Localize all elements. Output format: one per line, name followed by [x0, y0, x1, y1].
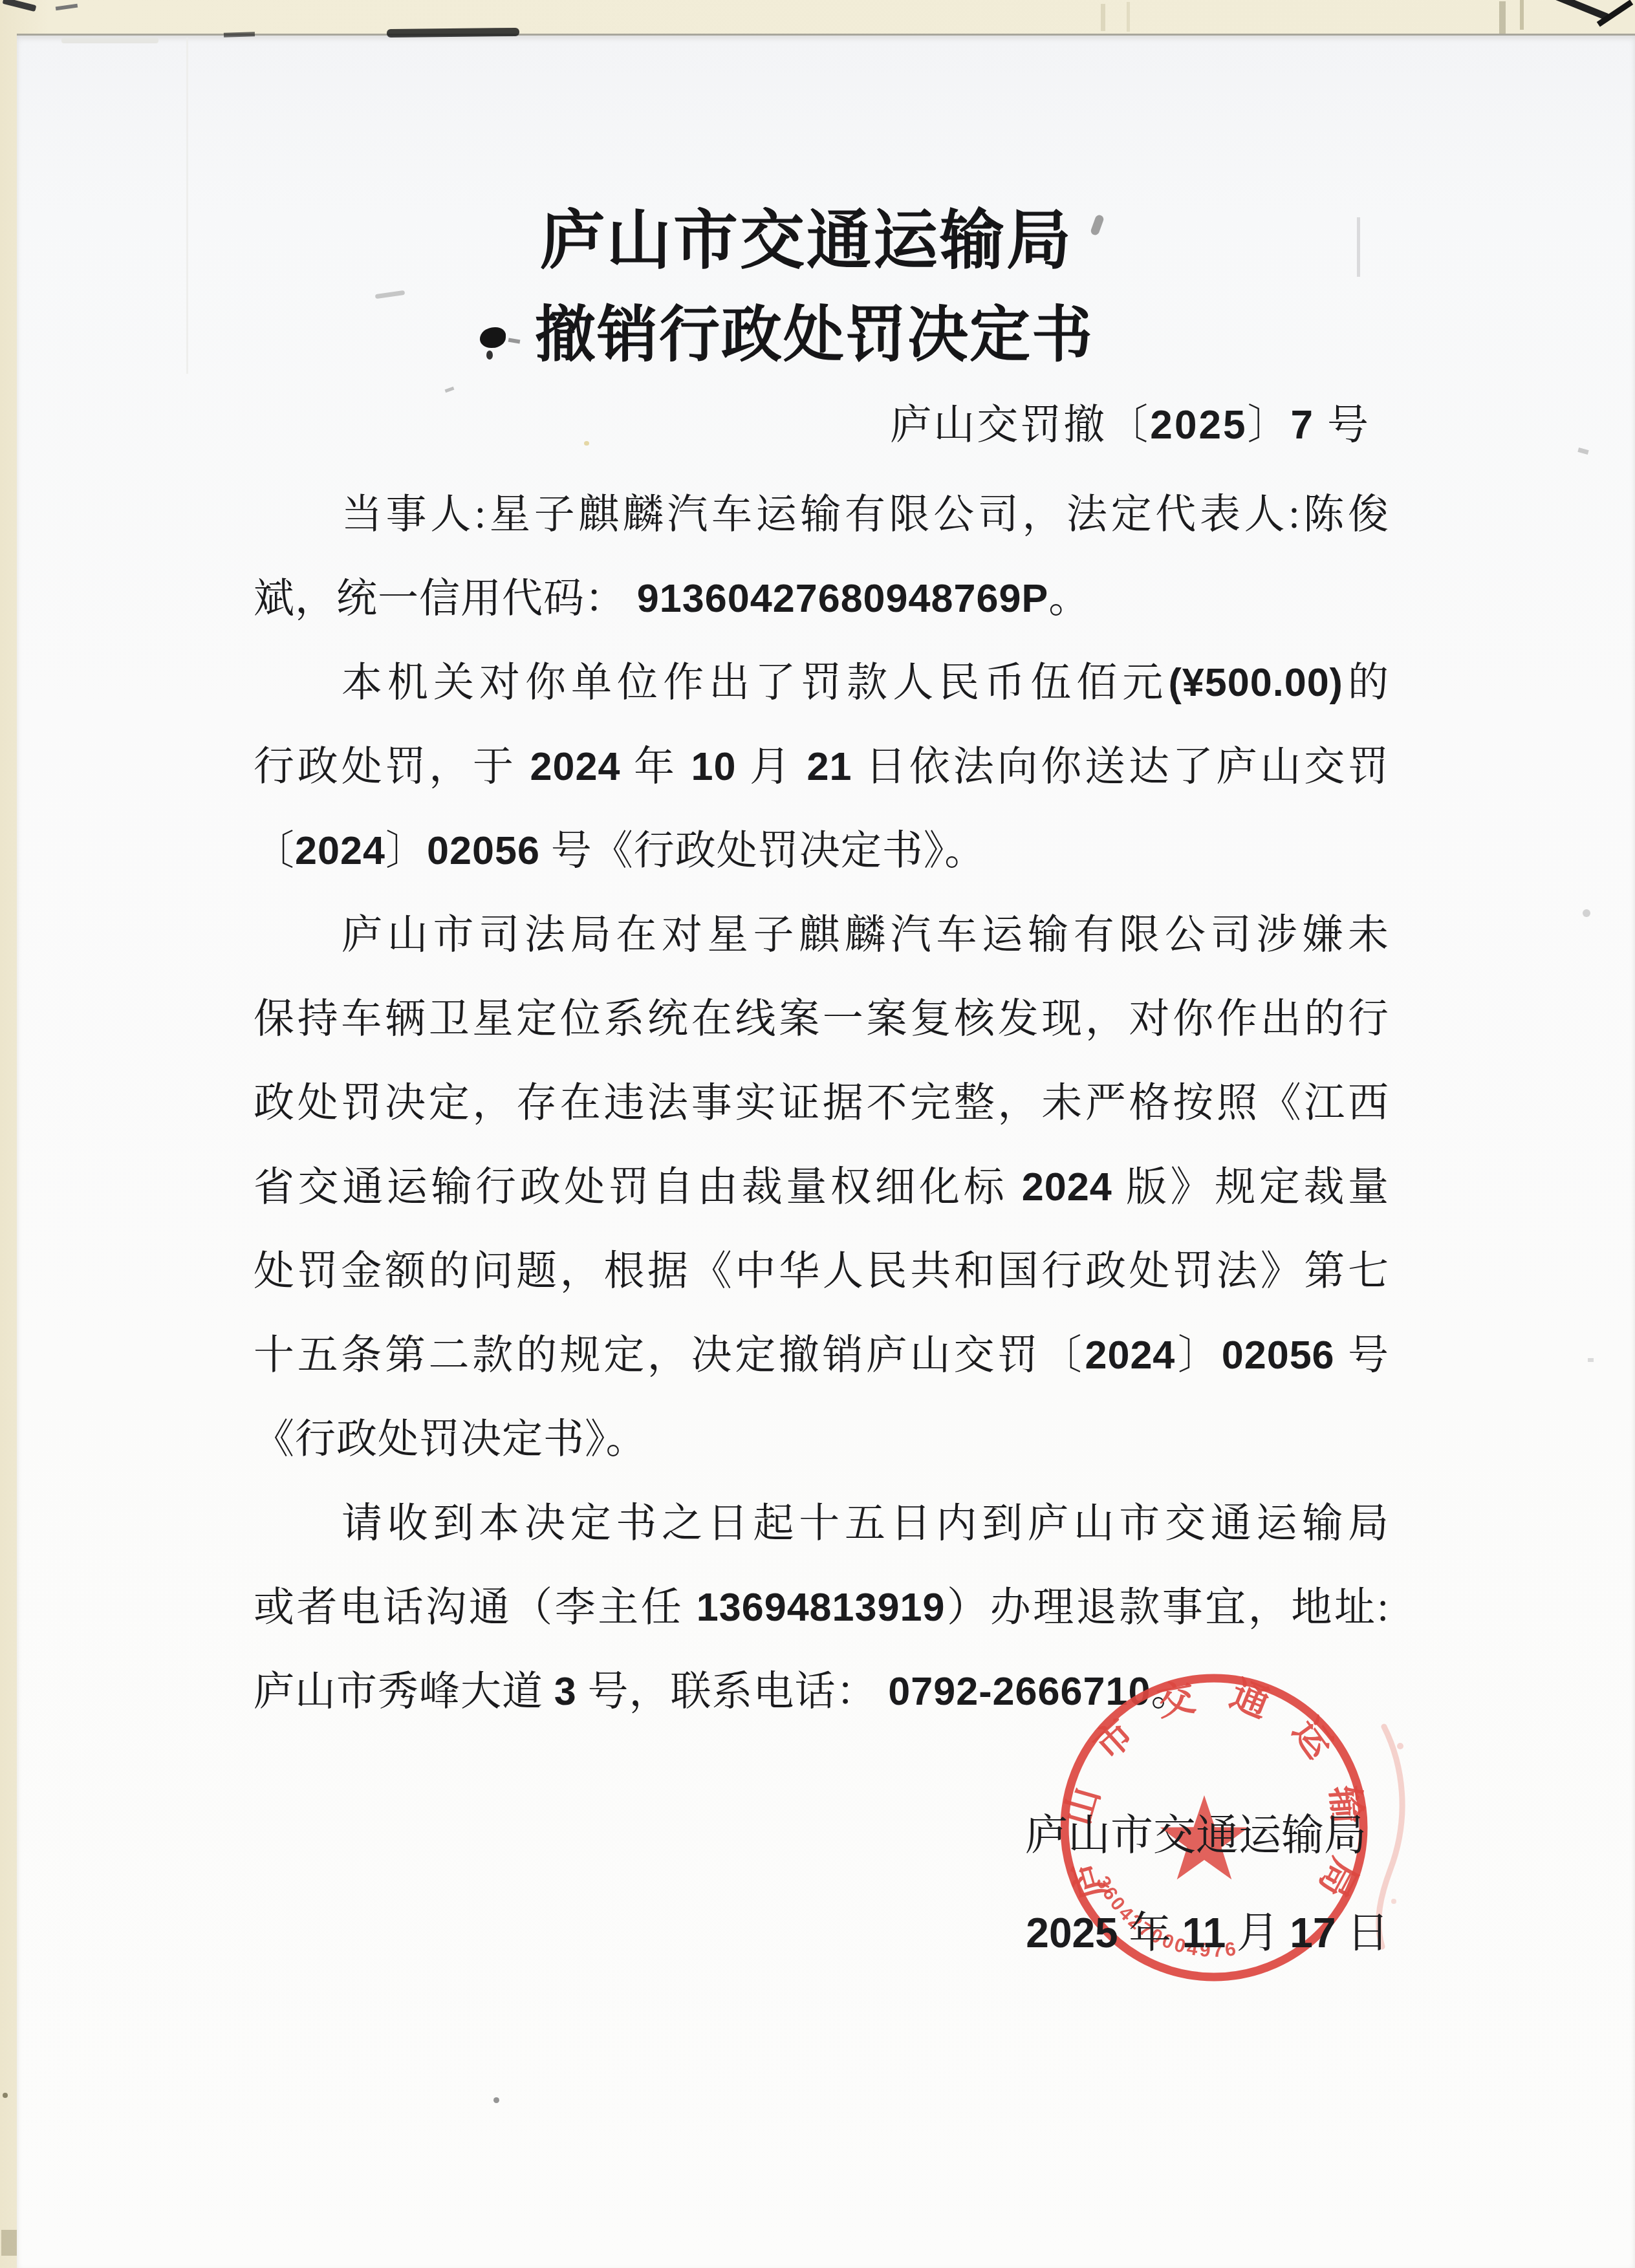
body-line: 庐山市司法局在对星子麒麟汽车运输有限公司涉嫌未: [254, 892, 1389, 977]
scan-artifact-speck-5: [493, 2097, 499, 2103]
body-line: 处罚金额的问题，根据《中华人民共和国行政处罚法》第七: [254, 1229, 1389, 1313]
document-type-title: 撤销行政处罚决定书: [17, 301, 1612, 376]
body-line: 政处罚决定，存在违法事实证据不完整，未严格按照《江西: [254, 1061, 1389, 1145]
document-body: 当事人:星子麒麟汽车运输有限公司，法定代表人:陈俊 斌，统一信用代码： 9136…: [254, 472, 1389, 1733]
scan-artifact-bottom-left-1: [1, 2230, 17, 2256]
body-line: 本机关对你单位作出了罚款人民币伍佰元(¥500.00)的: [254, 640, 1389, 724]
body-line: 〔2024〕02056 号《行政处罚决定书》。: [254, 808, 1389, 892]
scan-artifact-top-edge-blob: [387, 28, 519, 38]
scan-artifact-top-right-3: [1499, 1, 1506, 34]
body-line: 请收到本决定书之日起十五日内到庐山市交通运输局: [254, 1481, 1389, 1565]
body-line: 行政处罚，于 2024 年 10 月 21 日依法向你送达了庐山交罚: [254, 724, 1389, 808]
scan-artifact-top-right-1: [1550, 0, 1610, 21]
signature-issuer: 庐山市交通运输局: [1025, 1808, 1367, 1864]
body-line: 十五条第二款的规定，决定撤销庐山交罚〔2024〕02056 号: [254, 1313, 1389, 1397]
body-line: 当事人:星子麒麟汽车运输有限公司，法定代表人:陈俊: [254, 472, 1389, 556]
document-number: 庐山交罚撤〔2025〕7 号: [890, 396, 1370, 455]
body-line: 《行政处罚决定书》。: [254, 1397, 1389, 1481]
scan-artifact-speck-4: [1588, 1358, 1594, 1362]
scan-artifact-speck-3: [1583, 909, 1590, 917]
scan-artifact-bottom-left-2: [3, 2093, 8, 2098]
body-line: 保持车辆卫星定位系统在线案一案复核发现，对你作出的行: [254, 977, 1389, 1061]
issuer-title: 庐山市交通运输局: [17, 206, 1596, 283]
body-line: 或者电话沟通（李主任 13694813919）办理退款事宜，地址:: [254, 1565, 1389, 1649]
signature-date: 2025 年 11 月 17 日: [1026, 1905, 1389, 1961]
scan-artifact-top-right-4: [1520, 0, 1524, 30]
scan-artifact-top-left-2: [56, 4, 78, 11]
body-line: 省交通运输行政处罚自由裁量权细化标 2024 版》规定裁量: [254, 1145, 1389, 1229]
scan-artifact-cream-streak-1: [1101, 4, 1105, 31]
scanned-document-page: { "document": { "issuer_title": "庐山市交通运输…: [0, 0, 1635, 2268]
scan-artifact-top-left-1: [3, 0, 37, 12]
body-line: 斌，统一信用代码： 91360427680948769P。: [254, 556, 1389, 640]
scan-artifact-cream-streak-2: [1127, 2, 1130, 32]
scan-artifact-speck-6: [584, 441, 589, 446]
scan-artifact-smudge: [61, 38, 158, 43]
